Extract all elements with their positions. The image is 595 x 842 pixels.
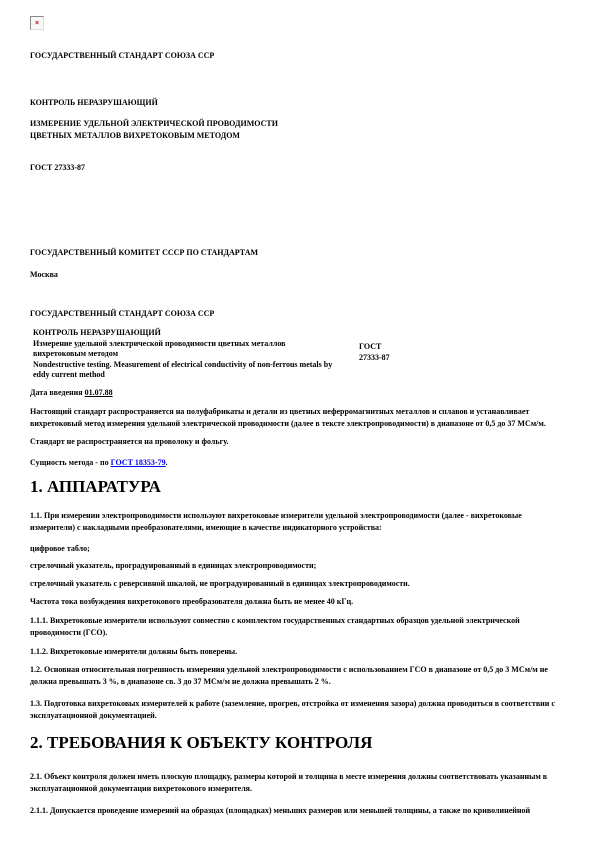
header-org-standard: ГОСУДАРСТВЕННЫЙ СТАНДАРТ СОЮЗА ССР xyxy=(30,50,565,62)
paragraph-1-2: 1.2. Основная относительная погрешность … xyxy=(30,664,565,688)
effective-date: 01.07.88 xyxy=(85,388,113,397)
method-prefix: Сущность метода - по xyxy=(30,458,111,467)
effective-date-line: Дата введения 01.07.88 xyxy=(30,387,565,399)
paragraph-2-1: 2.1. Объект контроля должен иметь плоску… xyxy=(30,771,565,795)
titleblock-org-standard: ГОСУДАРСТВЕННЫЙ СТАНДАРТ СОЮЗА ССР xyxy=(30,308,565,320)
method-line: Сущность метода - по ГОСТ 18353-79. xyxy=(30,457,565,469)
item-digital-display: цифровое табло; xyxy=(30,543,565,555)
item-arrow-indicator-1: стрелочный указатель, проградуированный … xyxy=(30,560,565,572)
gost-number-block: ГОСТ 27333-87 xyxy=(358,328,390,363)
section-2-heading: 2. ТРЕБОВАНИЯ К ОБЪЕКТУ КОНТРОЛЯ xyxy=(30,733,565,753)
paragraph-1-1-2: 1.1.2. Вихретоковые измерители должны бы… xyxy=(30,646,565,658)
gost-code: 27333-87 xyxy=(359,353,390,364)
title-block-left: КОНТРОЛЬ НЕРАЗРУШАЮЩИЙ Измерение удельно… xyxy=(30,328,358,381)
not-applicable-paragraph: Стандарт не распространяется на проволок… xyxy=(30,436,565,448)
header-city: Москва xyxy=(30,269,565,281)
header-control-title: КОНТРОЛЬ НЕРАЗРУШАЮЩИЙ xyxy=(30,97,565,109)
title-block: КОНТРОЛЬ НЕРАЗРУШАЮЩИЙ Измерение удельно… xyxy=(30,328,565,381)
section-1-heading: 1. АППАРАТУРА xyxy=(30,477,565,497)
gost-18353-link[interactable]: ГОСТ 18353-79 xyxy=(111,458,166,467)
scope-paragraph: Настоящий стандарт распространяется на п… xyxy=(30,406,565,430)
broken-image-icon: × xyxy=(30,16,44,30)
header-committee: ГОСУДАРСТВЕННЫЙ КОМИТЕТ СССР ПО СТАНДАРТ… xyxy=(30,247,565,259)
method-suffix: . xyxy=(166,458,168,467)
paragraph-1-3: 1.3. Подготовка вихретоковых измерителей… xyxy=(30,698,565,722)
titleblock-ru: Измерение удельной электрической проводи… xyxy=(33,339,358,360)
document-page: × ГОСУДАРСТВЕННЫЙ СТАНДАРТ СОЮЗА ССР КОН… xyxy=(0,0,595,842)
titleblock-en: Nondestructive testing. Measurement of e… xyxy=(33,360,358,381)
item-arrow-indicator-2: стрелочный указатель с реверсивной шкало… xyxy=(30,578,565,590)
broken-image-x-icon: × xyxy=(35,20,39,27)
paragraph-2-1-1: 2.1.1. Допускается проведение измерений … xyxy=(30,805,565,817)
paragraph-frequency: Частота тока возбуждения вихретокового п… xyxy=(30,596,565,608)
paragraph-1-1: 1.1. При измерении электропроводимости и… xyxy=(30,510,565,534)
paragraph-1-1-1: 1.1.1. Вихретоковые измерители использую… xyxy=(30,615,565,639)
effective-date-label: Дата введения xyxy=(30,388,85,397)
header-gost-number: ГОСТ 27333-87 xyxy=(30,162,565,174)
gost-label: ГОСТ xyxy=(359,342,390,353)
titleblock-ru-caps: КОНТРОЛЬ НЕРАЗРУШАЮЩИЙ xyxy=(33,328,358,339)
document-content: × ГОСУДАРСТВЕННЫЙ СТАНДАРТ СОЮЗА ССР КОН… xyxy=(0,16,595,817)
header-main-title: ИЗМЕРЕНИЕ УДЕЛЬНОЙ ЭЛЕКТРИЧЕСКОЙ ПРОВОДИ… xyxy=(30,118,565,142)
